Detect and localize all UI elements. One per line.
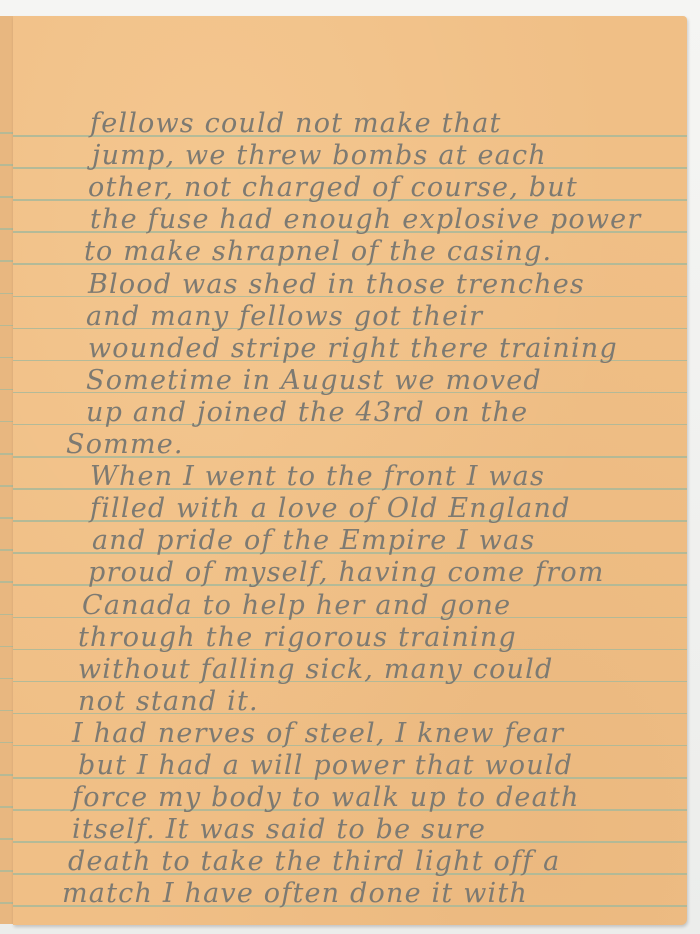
previous-page-ruled-line	[0, 421, 13, 423]
handwritten-line: proud of myself, having come from	[88, 558, 605, 588]
previous-page-ruled-line	[0, 132, 13, 134]
handwritten-line: itself. It was said to be sure	[72, 815, 486, 845]
handwritten-line: fellows could not make that	[90, 109, 502, 139]
previous-page-ruled-line	[0, 678, 13, 680]
previous-page-ruled-line	[0, 293, 13, 295]
previous-page-ruled-line	[0, 549, 13, 551]
handwritten-line: wounded stripe right there training	[88, 334, 618, 364]
notebook-page: fellows could not make thatjump, we thre…	[13, 16, 687, 925]
handwritten-line: through the rigorous training	[78, 623, 517, 653]
previous-page-ruled-line	[0, 774, 13, 776]
previous-page-ruled-line	[0, 646, 13, 648]
handwritten-line: not stand it.	[78, 687, 259, 717]
scanned-notebook: fellows could not make thatjump, we thre…	[0, 0, 700, 934]
handwritten-line: but I had a will power that would	[78, 751, 573, 781]
handwritten-line: death to take the third light off a	[68, 847, 560, 877]
previous-page-ruled-line	[0, 902, 13, 904]
handwritten-line: Blood was shed in those trenches	[88, 270, 585, 300]
handwritten-line: force my body to walk up to death	[72, 783, 580, 813]
previous-page-ruled-line	[0, 260, 13, 262]
previous-page-ruled-line	[0, 357, 13, 359]
handwritten-line: to make shrapnel of the casing.	[84, 237, 552, 267]
handwritten-line: and pride of the Empire I was	[92, 526, 535, 556]
handwritten-line: Canada to help her and gone	[82, 591, 511, 621]
previous-page-ruled-line	[0, 581, 13, 583]
handwritten-line: jump, we threw bombs at each	[92, 141, 547, 171]
previous-page-ruled-line	[0, 710, 13, 712]
handwritten-line: the fuse had enough explosive power	[90, 205, 641, 235]
previous-page-ruled-line	[0, 196, 13, 198]
previous-page-ruled-line	[0, 389, 13, 391]
previous-page-ruled-line	[0, 325, 13, 327]
handwritten-line: Sometime in August we moved	[86, 366, 542, 396]
handwritten-line: When I went to the front I was	[90, 462, 545, 492]
previous-page-edge	[0, 16, 14, 924]
previous-page-ruled-line	[0, 228, 13, 230]
previous-page-ruled-line	[0, 485, 13, 487]
previous-page-ruled-line	[0, 517, 13, 519]
handwritten-line: and many fellows got their	[86, 302, 483, 332]
previous-page-ruled-line	[0, 164, 13, 166]
handwritten-line: without falling sick, many could	[78, 655, 553, 685]
handwritten-line: I had nerves of steel, I knew fear	[72, 719, 564, 749]
previous-page-ruled-line	[0, 742, 13, 744]
handwritten-line: other, not charged of course, but	[88, 173, 578, 203]
handwritten-line: match I have often done it with	[62, 879, 528, 909]
previous-page-ruled-line	[0, 838, 13, 840]
handwritten-line: Somme.	[66, 430, 184, 460]
previous-page-ruled-line	[0, 806, 13, 808]
previous-page-ruled-line	[0, 614, 13, 616]
handwritten-line: filled with a love of Old England	[90, 494, 571, 524]
handwritten-line: up and joined the 43rd on the	[86, 398, 528, 428]
previous-page-ruled-line	[0, 453, 13, 455]
previous-page-ruled-line	[0, 870, 13, 872]
